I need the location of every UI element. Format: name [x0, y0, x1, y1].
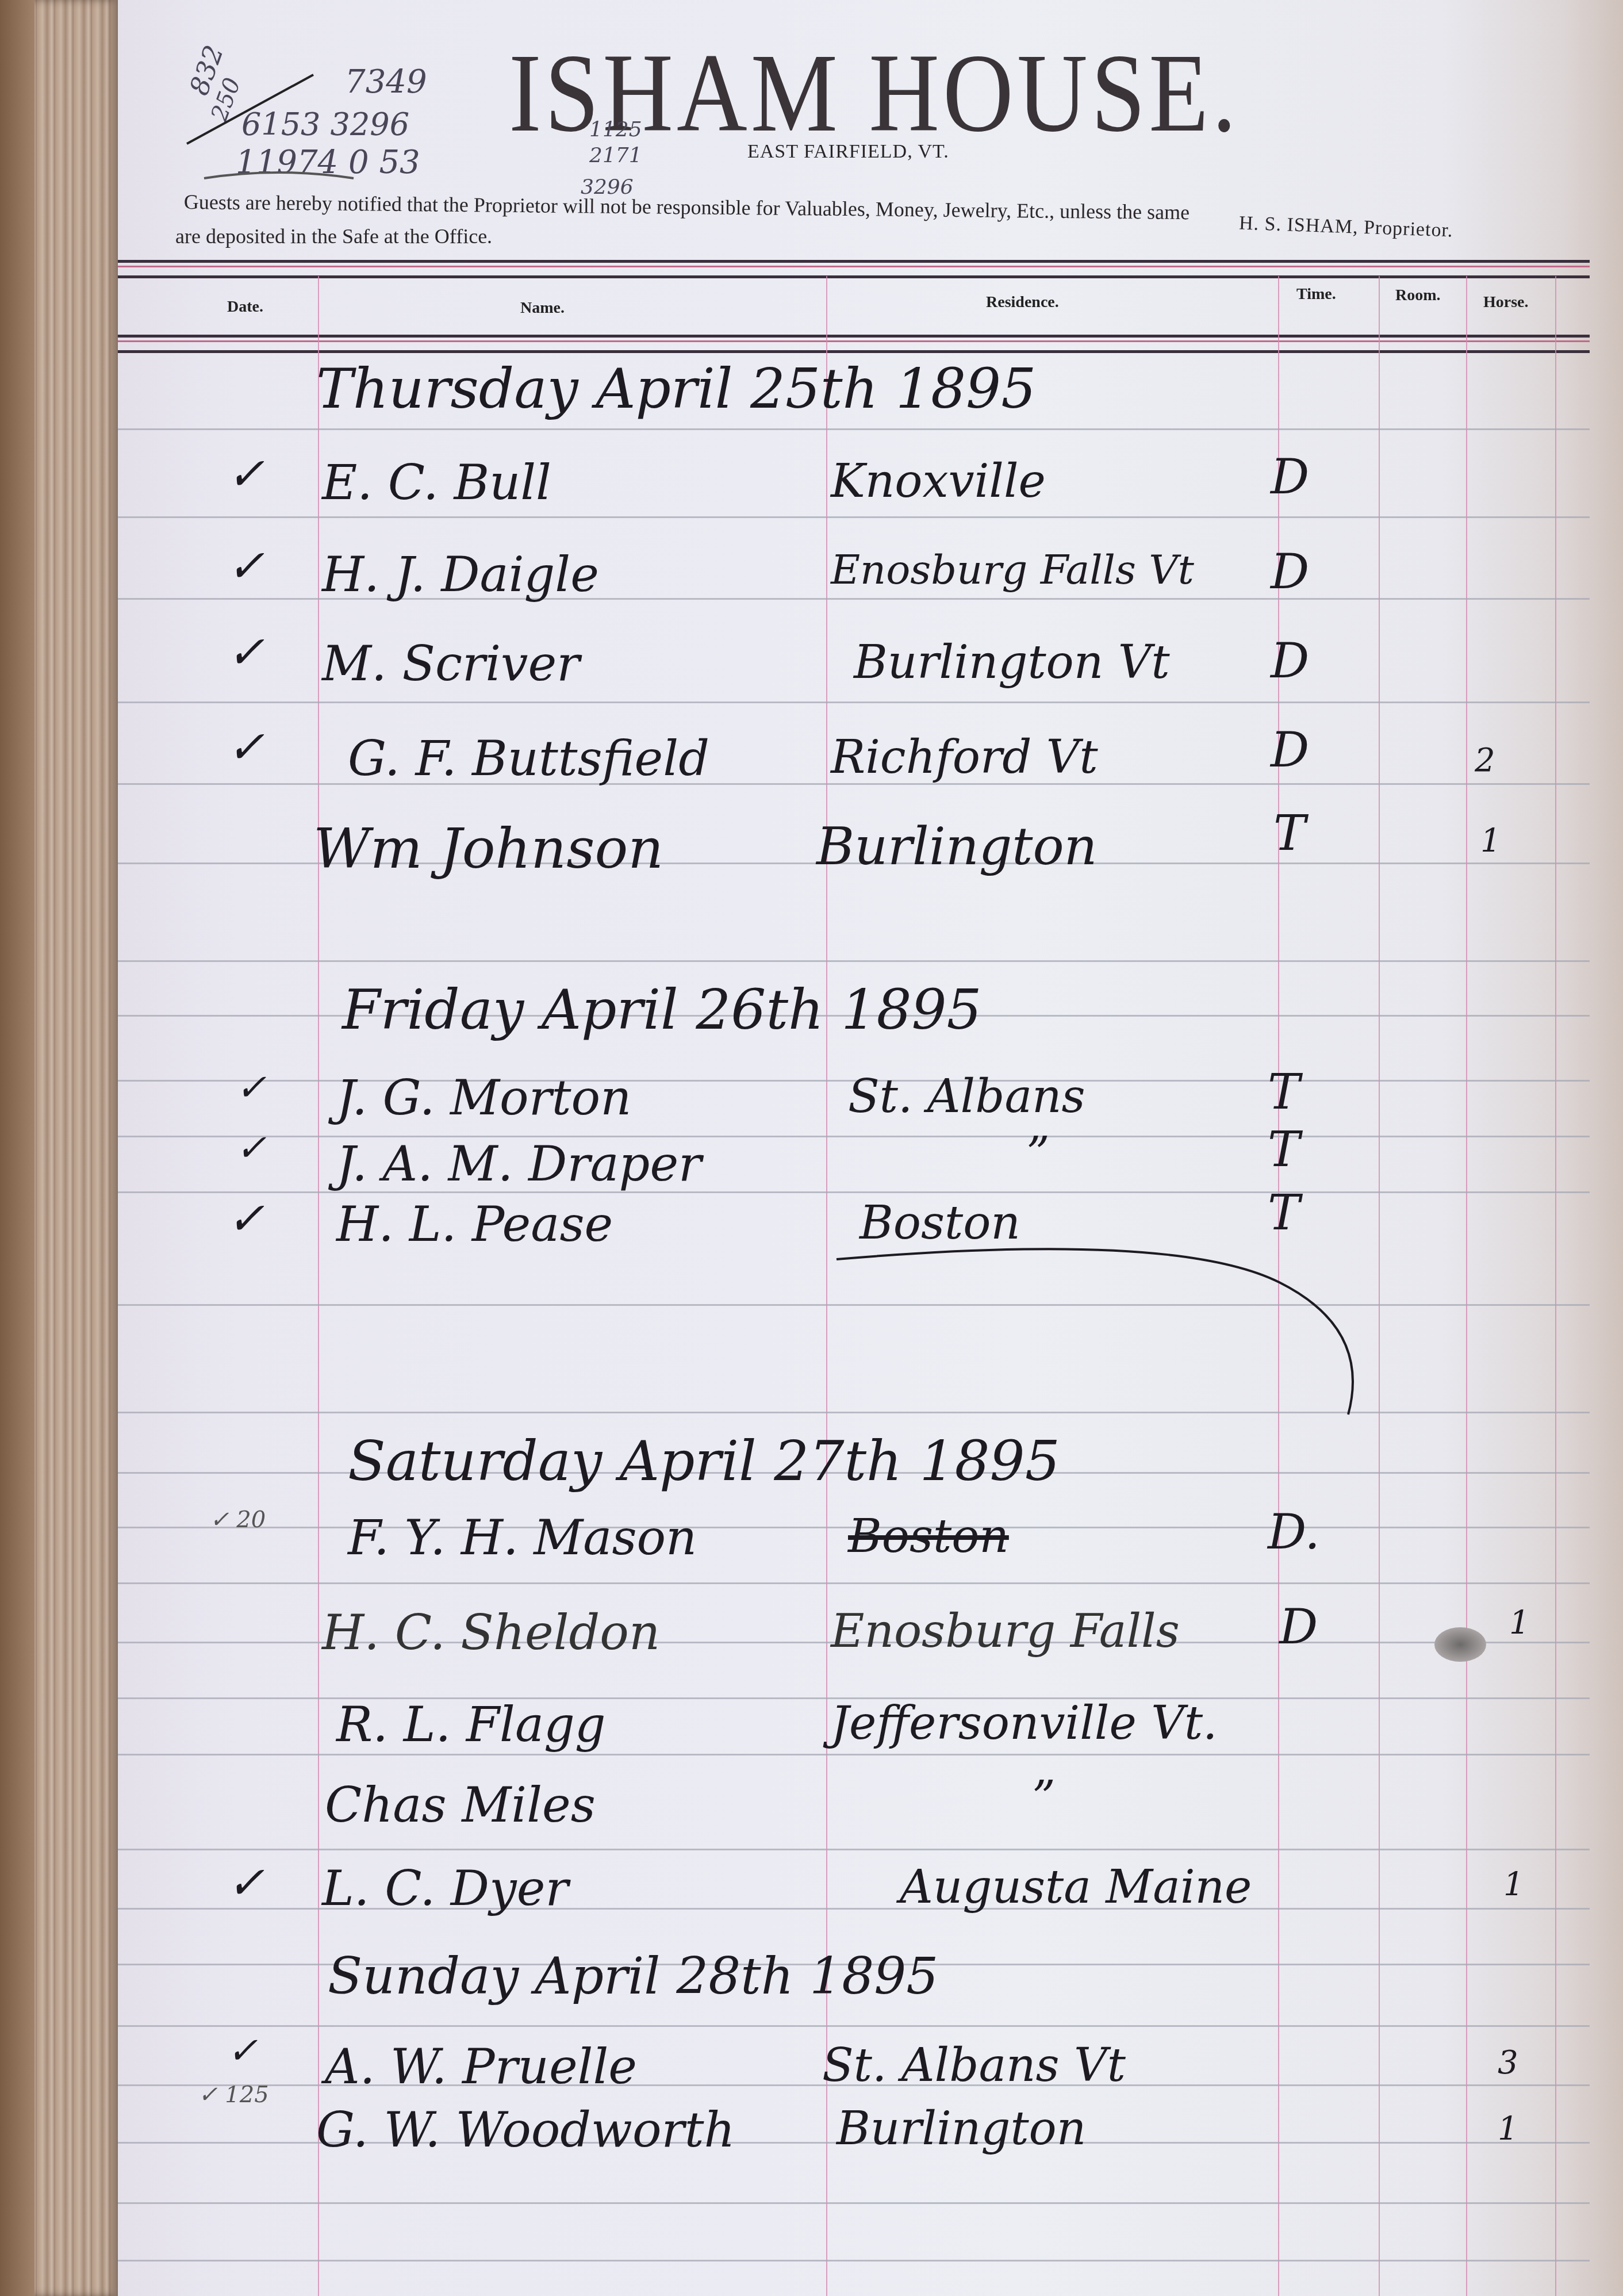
ruled-line [118, 2025, 1590, 2027]
checkmark: ✓ [227, 541, 264, 592]
col-header-horse: Horse. [1483, 293, 1529, 312]
checkmark: ✓ [227, 449, 264, 500]
proprietor-signature: H. S. ISHAM, Proprietor. [1238, 213, 1453, 242]
guest-time: D [1271, 722, 1309, 778]
guest-name: F. Y. H. Mason [348, 1509, 697, 1566]
guest-name: G. F. Buttsfield [348, 730, 709, 787]
guest-residence: Jeffersonville Vt. [831, 1696, 1218, 1750]
day-heading-sunday: Sunday April 28th 1895 [328, 1946, 938, 2006]
guest-residence: Enosburg Falls Vt [831, 546, 1194, 593]
guest-residence: Burlington [816, 817, 1098, 877]
guest-horse: 1 [1509, 1604, 1530, 1642]
guest-name: M. Scriver [322, 635, 580, 692]
guest-time: D. [1268, 1504, 1320, 1560]
checkmark: ✓ [227, 1193, 264, 1245]
guest-residence: St. Albans [848, 1070, 1085, 1123]
guest-residence: Burlington Vt [854, 635, 1170, 689]
ruled-line [118, 516, 1590, 518]
guest-name: H. C. Sheldon [322, 1604, 660, 1661]
header-rule-top [118, 260, 1590, 278]
margin-calc-mid-total: 3296 [581, 175, 634, 199]
guest-time: D [1279, 1599, 1318, 1655]
ink-blot [1434, 1627, 1486, 1662]
guest-horse: 2 [1475, 742, 1495, 779]
checkmark: ✓ [227, 1857, 264, 1909]
col-header-time: Time. [1296, 285, 1336, 304]
notice-line-1: Guests are hereby notified that the Prop… [184, 190, 1190, 224]
guest-time: D [1271, 633, 1309, 689]
guest-residence: Knoxville [831, 454, 1046, 508]
ruled-line [118, 960, 1590, 962]
checkmark: ✓ [227, 722, 264, 773]
guest-name: A. W. Pruelle [325, 2038, 637, 2095]
ruled-line [118, 2202, 1590, 2204]
col-divider-date [318, 276, 319, 2296]
header-rule-bottom [118, 335, 1590, 353]
day-heading-thursday: Thursday April 25th 1895 [316, 357, 1036, 421]
ruled-line [118, 1754, 1590, 1755]
day-heading-friday: Friday April 26th 1895 [342, 978, 982, 1042]
guest-time: T [1268, 1064, 1300, 1120]
flourish-stroke [831, 1185, 1406, 1426]
ruled-line [118, 702, 1590, 703]
guest-residence: Boston [848, 1509, 1009, 1563]
checkmark: ✓ 20 [210, 1507, 266, 1533]
checkmark: ✓ [227, 627, 264, 679]
checkmark: ✓ [236, 1067, 267, 1109]
guest-time: T [1273, 805, 1306, 861]
guest-name: H. L. Pease [336, 1196, 613, 1252]
margin-calc-mid-a: 1125 [589, 118, 642, 141]
col-divider-horse [1555, 276, 1556, 2296]
margin-calc-mid-b: 2171 [589, 144, 642, 167]
notice-line-2: are deposited in the Safe at the Office. [175, 224, 492, 248]
guest-time: D [1271, 543, 1309, 600]
book-page-edges [0, 0, 118, 2296]
ruled-line [118, 2260, 1590, 2261]
guest-name: J. G. Morton [336, 1070, 631, 1126]
guest-residence: Burlington [837, 2102, 1086, 2155]
guest-residence: ” [1026, 1127, 1050, 1180]
guest-horse: 1 [1498, 2110, 1518, 2148]
checkmark: ✓ 125 [198, 2082, 269, 2108]
checkmark: ✓ [227, 2030, 258, 2072]
day-heading-saturday: Saturday April 27th 1895 [348, 1429, 1060, 1493]
guest-horse: 1 [1503, 1866, 1524, 1903]
guest-name: J. A. M. Draper [336, 1136, 701, 1192]
guest-name: L. C. Dyer [322, 1860, 569, 1916]
col-header-residence: Residence. [986, 293, 1059, 312]
guest-residence: Augusta Maine [900, 1860, 1252, 1914]
guest-name: G. W. Woodworth [316, 2102, 735, 2158]
calc-strike-lines [181, 63, 377, 190]
checkmark: ✓ [236, 1127, 267, 1170]
guest-residence: Richford Vt [831, 730, 1098, 784]
hotel-location: EAST FAIRFIELD, VT. [747, 141, 949, 163]
col-header-date: Date. [227, 298, 263, 316]
guest-name: R. L. Flagg [336, 1696, 606, 1753]
register-page: ISHAM HOUSE. EAST FAIRFIELD, VT. Guests … [118, 0, 1623, 2296]
ruled-line [118, 1582, 1590, 1584]
col-divider-room [1466, 276, 1467, 2296]
ruled-line [118, 428, 1590, 430]
guest-name: Wm Johnson [313, 817, 663, 881]
guest-residence: Enosburg Falls [831, 1604, 1180, 1658]
col-header-name: Name. [520, 299, 565, 317]
guest-residence: St. Albans Vt [822, 2038, 1126, 2092]
guest-residence: ” [1032, 1771, 1056, 1824]
guest-name: H. J. Daigle [322, 546, 599, 603]
guest-time: T [1268, 1121, 1300, 1178]
guest-name: Chas Miles [325, 1777, 596, 1833]
guest-time: D [1271, 449, 1309, 505]
guest-name: E. C. Bull [322, 454, 551, 511]
col-header-room: Room. [1395, 286, 1441, 305]
guest-horse: 1 [1480, 822, 1501, 860]
ruled-line [118, 1849, 1590, 1850]
guest-horse: 3 [1498, 2044, 1518, 2082]
